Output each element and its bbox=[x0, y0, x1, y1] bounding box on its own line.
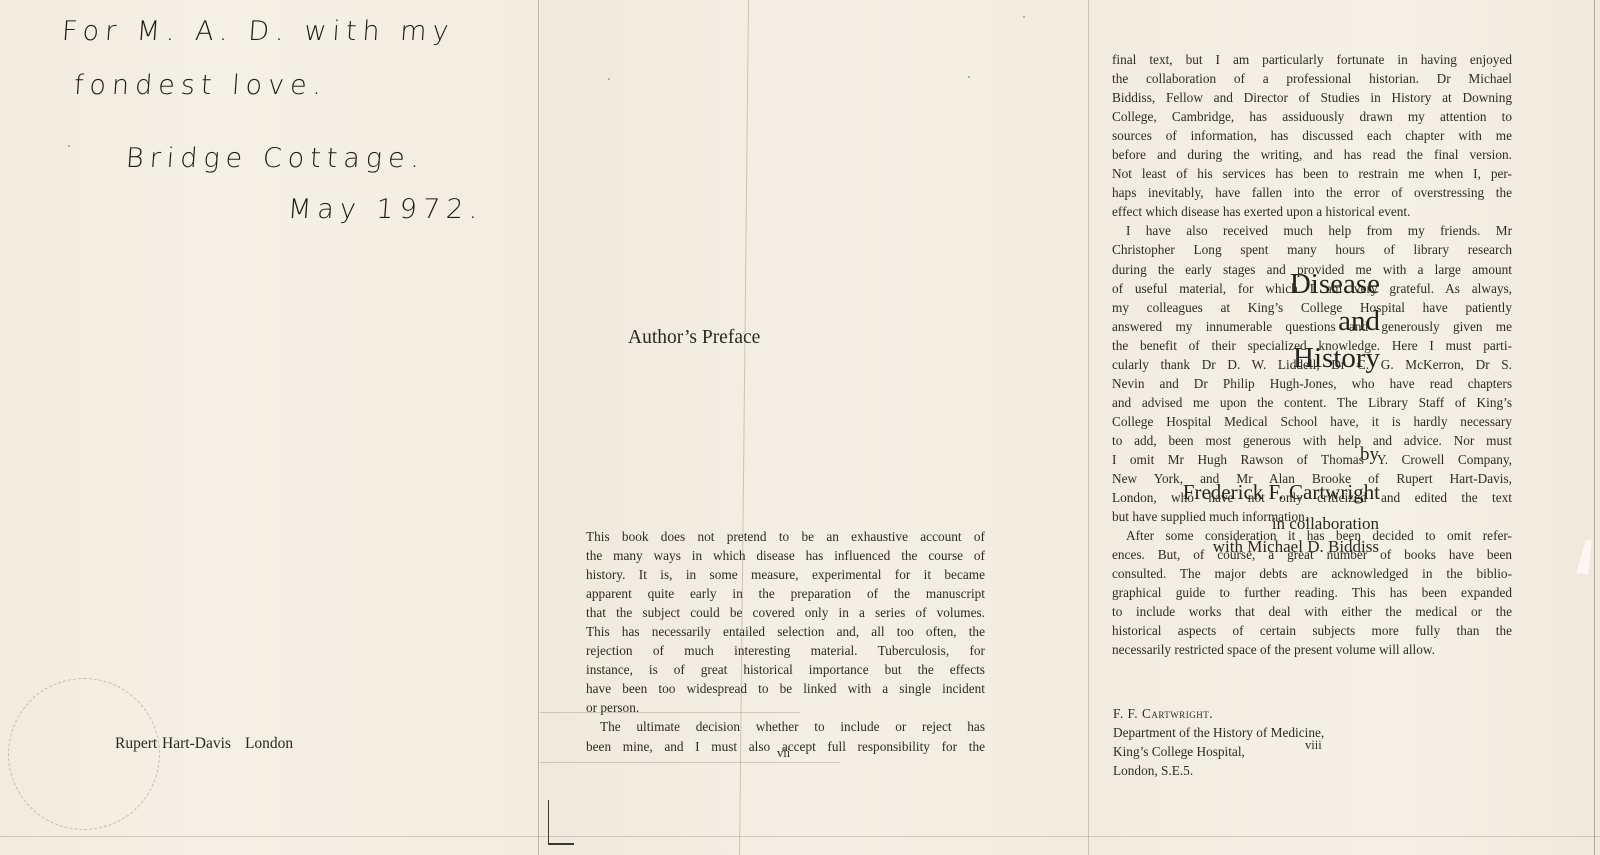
text-line: cularly thank Dr D. W. Liddell, Dr C. G.… bbox=[1112, 355, 1512, 374]
text-line: final text, but I am particularly fortun… bbox=[1112, 50, 1512, 69]
inscription-line-3: Bridge Cottage. bbox=[125, 145, 426, 172]
text-line: Biddiss, Fellow and Director of Studies … bbox=[1112, 88, 1512, 107]
text-line: I omit Mr Hugh Rawson of Thomas Y. Crowe… bbox=[1112, 450, 1512, 469]
text-line: historical aspects of certain subjects m… bbox=[1112, 621, 1512, 640]
signature-department: Department of the History of Medicine, bbox=[1113, 723, 1324, 742]
text-line: the collaboration of a professional hist… bbox=[1112, 69, 1512, 88]
text-line: haps inevitably, have fallen into the er… bbox=[1112, 183, 1512, 202]
faint-stamp-mark bbox=[8, 678, 160, 830]
text-line: Not least of his services has been to re… bbox=[1112, 164, 1512, 183]
text-line: to add, been most generous with help and… bbox=[1112, 431, 1512, 450]
title-page bbox=[0, 0, 540, 855]
text-line: ences. But, of course, a great number of… bbox=[1112, 545, 1512, 564]
text-line: of useful material, for which I am very … bbox=[1112, 279, 1512, 298]
text-line: After some consideration it has been dec… bbox=[1112, 526, 1512, 545]
corner-rule-vertical bbox=[548, 800, 549, 844]
text-line: or person. bbox=[586, 698, 985, 717]
author-signature-block: F. F. Cartwright. Department of the Hist… bbox=[1113, 704, 1324, 780]
text-line: and advised me upon the content. The Lib… bbox=[1112, 393, 1512, 412]
text-line: New York, and Mr Alan Brooke of Rupert H… bbox=[1112, 469, 1512, 488]
text-line: The ultimate decision whether to include… bbox=[586, 717, 985, 736]
page-edge-left bbox=[538, 0, 539, 855]
text-line: effect which disease has exerted upon a … bbox=[1112, 202, 1512, 221]
text-line: This book does not pretend to be an exha… bbox=[586, 527, 985, 546]
text-line: I have also received much help from my f… bbox=[1112, 221, 1512, 240]
inscription-line-4: May 1972. bbox=[287, 196, 485, 223]
page-number: vii bbox=[777, 746, 790, 761]
text-line: that the subject could be covered only i… bbox=[586, 603, 985, 622]
faint-rule bbox=[540, 762, 840, 763]
text-line: rejection of much interesting material. … bbox=[586, 641, 985, 660]
text-line: answered my innumerable questions and ge… bbox=[1112, 317, 1512, 336]
text-line: before and during the writing, and has r… bbox=[1112, 145, 1512, 164]
page-edge-right bbox=[1594, 0, 1595, 855]
text-line: have been too widespread to be linked wi… bbox=[586, 679, 985, 698]
preface-continuation-body: final text, but I am particularly fortun… bbox=[1112, 50, 1512, 660]
text-line: consulted. The major debts are acknowled… bbox=[1112, 564, 1512, 583]
bottom-edge bbox=[0, 836, 1600, 837]
inscription-line-2: fondest love. bbox=[73, 72, 328, 99]
speck bbox=[68, 145, 70, 147]
text-line: necessarily restricted space of the pres… bbox=[1112, 640, 1512, 659]
preface-body: This book does not pretend to be an exha… bbox=[586, 527, 985, 756]
signature-address: London, S.E.5. bbox=[1113, 761, 1324, 780]
speck bbox=[1023, 16, 1025, 18]
text-line: College, Cambridge, has assiduously draw… bbox=[1112, 107, 1512, 126]
text-line: the many ways in which disease has influ… bbox=[586, 546, 985, 565]
corner-rule-horizontal bbox=[548, 843, 574, 845]
text-line: Christopher Long spent many hours of lib… bbox=[1112, 240, 1512, 259]
text-line: my colleagues at King’s College Hospital… bbox=[1112, 298, 1512, 317]
preface-heading: Author’s Preface bbox=[628, 327, 760, 349]
speck bbox=[608, 78, 610, 80]
page-edge-middle bbox=[1088, 0, 1089, 855]
text-line: This has necessarily entailed selection … bbox=[586, 622, 985, 641]
signature-name: F. F. Cartwright. bbox=[1113, 704, 1324, 723]
text-line: apparent quite early in the preparation … bbox=[586, 584, 985, 603]
text-line: the benefit of their specialized knowled… bbox=[1112, 336, 1512, 355]
text-line: during the early stages and provided me … bbox=[1112, 260, 1512, 279]
speck bbox=[968, 76, 970, 78]
text-line: graphical guide to further reading. This… bbox=[1112, 583, 1512, 602]
publisher-imprint: Rupert Hart-DavisLondon bbox=[115, 735, 293, 753]
text-line: to include works that deal with either t… bbox=[1112, 602, 1512, 621]
text-line: sources of information, has discussed ea… bbox=[1112, 126, 1512, 145]
text-line: instance, is of great historical importa… bbox=[586, 660, 985, 679]
page-number: viii bbox=[1305, 738, 1322, 753]
text-line: history. It is, in some measure, experim… bbox=[586, 565, 985, 584]
text-line: Nevin and Dr Philip Hugh-Jones, who have… bbox=[1112, 374, 1512, 393]
text-line: London, who have not only criticized and… bbox=[1112, 488, 1512, 507]
publisher-city: London bbox=[245, 735, 293, 752]
signature-institution: King’s College Hospital, bbox=[1113, 742, 1324, 761]
text-line: College Hospital Medical School have, it… bbox=[1112, 412, 1512, 431]
book-scan: For M. A. D. with my fondest love. Bridg… bbox=[0, 0, 1600, 855]
publisher-name: Rupert Hart-Davis bbox=[115, 735, 231, 752]
text-line: but have supplied much information. bbox=[1112, 507, 1512, 526]
inscription-line-1: For M. A. D. with my bbox=[61, 18, 455, 45]
